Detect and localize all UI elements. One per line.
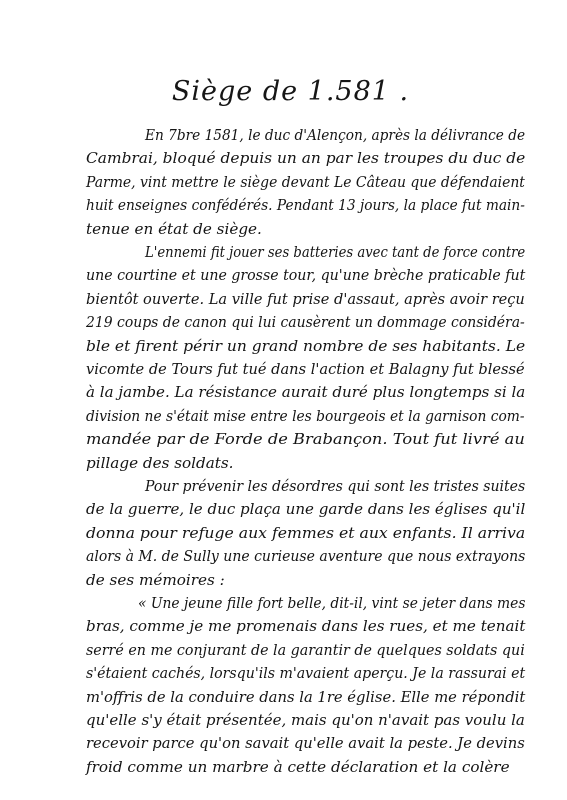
manuscript-line: donna pour refuge aux femmes et aux enfa… xyxy=(86,522,525,544)
manuscript-line: tenue en état de siège. xyxy=(86,218,262,240)
manuscript-line: vicomte de Tours fut tué dans l'action e… xyxy=(86,358,525,380)
manuscript-line: bientôt ouverte. La ville fut prise d'as… xyxy=(86,288,525,310)
manuscript-line: à la jambe. La résistance aurait duré pl… xyxy=(86,381,525,403)
manuscript-line: Pour prévenir les désordres qui sont les… xyxy=(145,475,525,497)
manuscript-line: « Une jeune fille fort belle, dit-il, vi… xyxy=(138,592,525,614)
manuscript-line: qu'elle s'y était présentée, mais qu'on … xyxy=(86,709,525,731)
manuscript-line: pillage des soldats. xyxy=(86,452,234,474)
page-title: Siège de 1.581 . xyxy=(0,76,567,107)
manuscript-line: m'offris de la conduire dans la 1re égli… xyxy=(86,686,525,708)
manuscript-line: division ne s'était mise entre les bourg… xyxy=(86,405,525,427)
manuscript-line: de ses mémoires : xyxy=(86,569,225,591)
manuscript-line: L'ennemi fit jouer ses batteries avec ta… xyxy=(145,241,525,263)
manuscript-line: bras, comme je me promenais dans les rue… xyxy=(86,615,525,637)
manuscript-line: En 7bre 1581, le duc d'Alençon, après la… xyxy=(145,124,525,146)
manuscript-line: froid comme un marbre à cette déclaratio… xyxy=(86,756,510,778)
manuscript-line: serré en me conjurant de la garantir de … xyxy=(86,639,525,661)
manuscript-line: de la guerre, le duc plaça une garde dan… xyxy=(86,498,525,520)
manuscript-line: mandée par de Forde de Brabançon. Tout f… xyxy=(86,428,525,450)
manuscript-line: recevoir parce qu'on savait qu'elle avai… xyxy=(86,732,525,754)
manuscript-line: 219 coups de canon qui lui causèrent un … xyxy=(86,311,525,333)
manuscript-line: alors à M. de Sully une curieuse aventur… xyxy=(86,545,525,567)
manuscript-line: Parme, vint mettre le siège devant Le Câ… xyxy=(86,171,525,193)
manuscript-line: une courtine et une grosse tour, qu'une … xyxy=(86,264,525,286)
manuscript-line: huit enseignes confédérés. Pendant 13 jo… xyxy=(86,194,525,216)
manuscript-line: ble et firent périr un grand nombre de s… xyxy=(86,335,525,357)
manuscript-page: Siège de 1.581 . En 7bre 1581, le duc d'… xyxy=(0,0,567,800)
manuscript-line: Cambrai, bloqué depuis un an par les tro… xyxy=(86,147,525,169)
manuscript-line: s'étaient cachés, lorsqu'ils m'avaient a… xyxy=(86,662,525,684)
